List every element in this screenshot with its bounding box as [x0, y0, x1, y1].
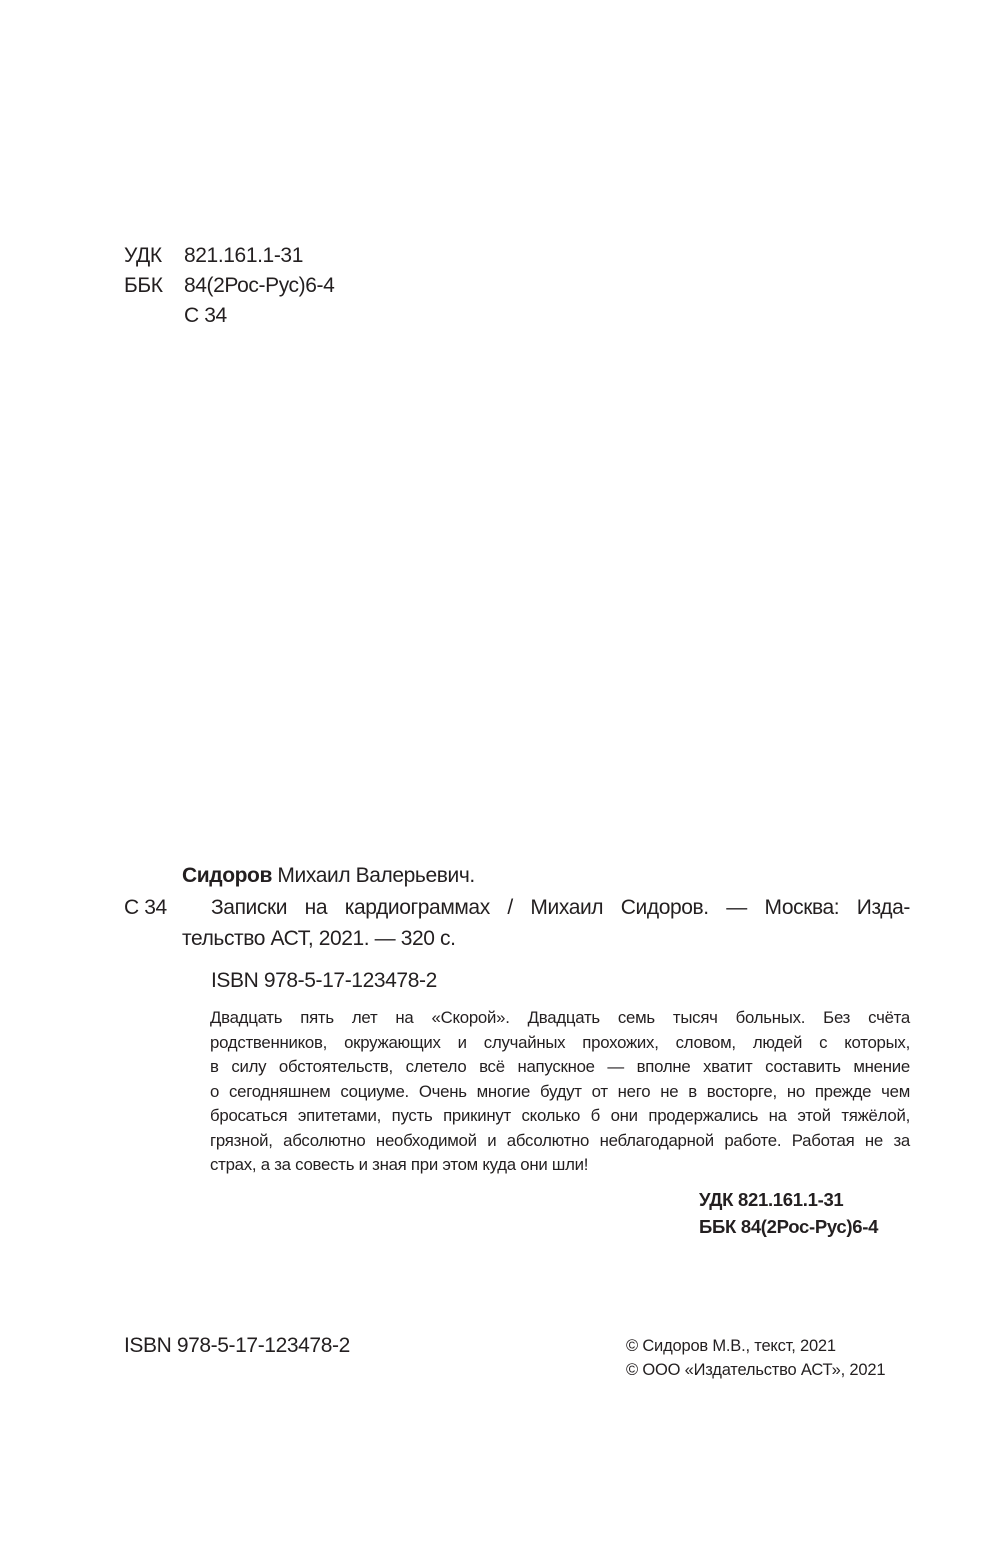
footer-isbn: ISBN 978-5-17-123478-2 — [124, 1334, 350, 1358]
record-author-sign: С 34 — [124, 896, 167, 920]
author-heading: Сидоров Михаил Валерьевич. — [182, 864, 475, 888]
bottom-udk: УДК 821.161.1-31 — [699, 1189, 843, 1211]
author-name: Михаил Валерьевич. — [272, 864, 475, 887]
annotation-line: в силу обстоятельств, слетело всё напуск… — [182, 1055, 910, 1080]
annotation-line: Двадцать пять лет на «Скорой». Двадцать … — [182, 1006, 910, 1031]
author-sign: С 34 — [184, 304, 227, 328]
record-isbn: ISBN 978-5-17-123478-2 — [211, 969, 437, 993]
bbk-label: ББК — [124, 274, 163, 298]
annotation-line: о сегодняшнем социуме. Очень многие буду… — [182, 1080, 910, 1105]
annotation: Двадцать пять лет на «Скорой». Двадцать … — [182, 1006, 910, 1178]
annotation-line: родственников, окружающих и случайных пр… — [182, 1031, 910, 1056]
bottom-bbk: ББК 84(2Рос-Рус)6-4 — [699, 1216, 878, 1238]
annotation-line: грязной, абсолютно необходимой и абсолют… — [182, 1129, 910, 1154]
udk-value: 821.161.1-31 — [184, 244, 303, 268]
title-line-2: тельство АСТ, 2021. — 320 с. — [182, 927, 456, 951]
bbk-value: 84(2Рос-Рус)6-4 — [184, 274, 334, 298]
copyright-author: © Сидоров М.В., текст, 2021 — [626, 1337, 836, 1356]
annotation-line: бросаться эпитетами, пусть прикинут скол… — [182, 1104, 910, 1129]
annotation-line: страх, а за совесть и зная при этом куда… — [182, 1153, 910, 1178]
copyright-publisher: © ООО «Издательство АСТ», 2021 — [626, 1361, 885, 1380]
udk-label: УДК — [124, 244, 162, 268]
title-line-1: Записки на кардиограммах / Михаил Сидоро… — [211, 896, 910, 920]
author-surname: Сидоров — [182, 864, 272, 887]
